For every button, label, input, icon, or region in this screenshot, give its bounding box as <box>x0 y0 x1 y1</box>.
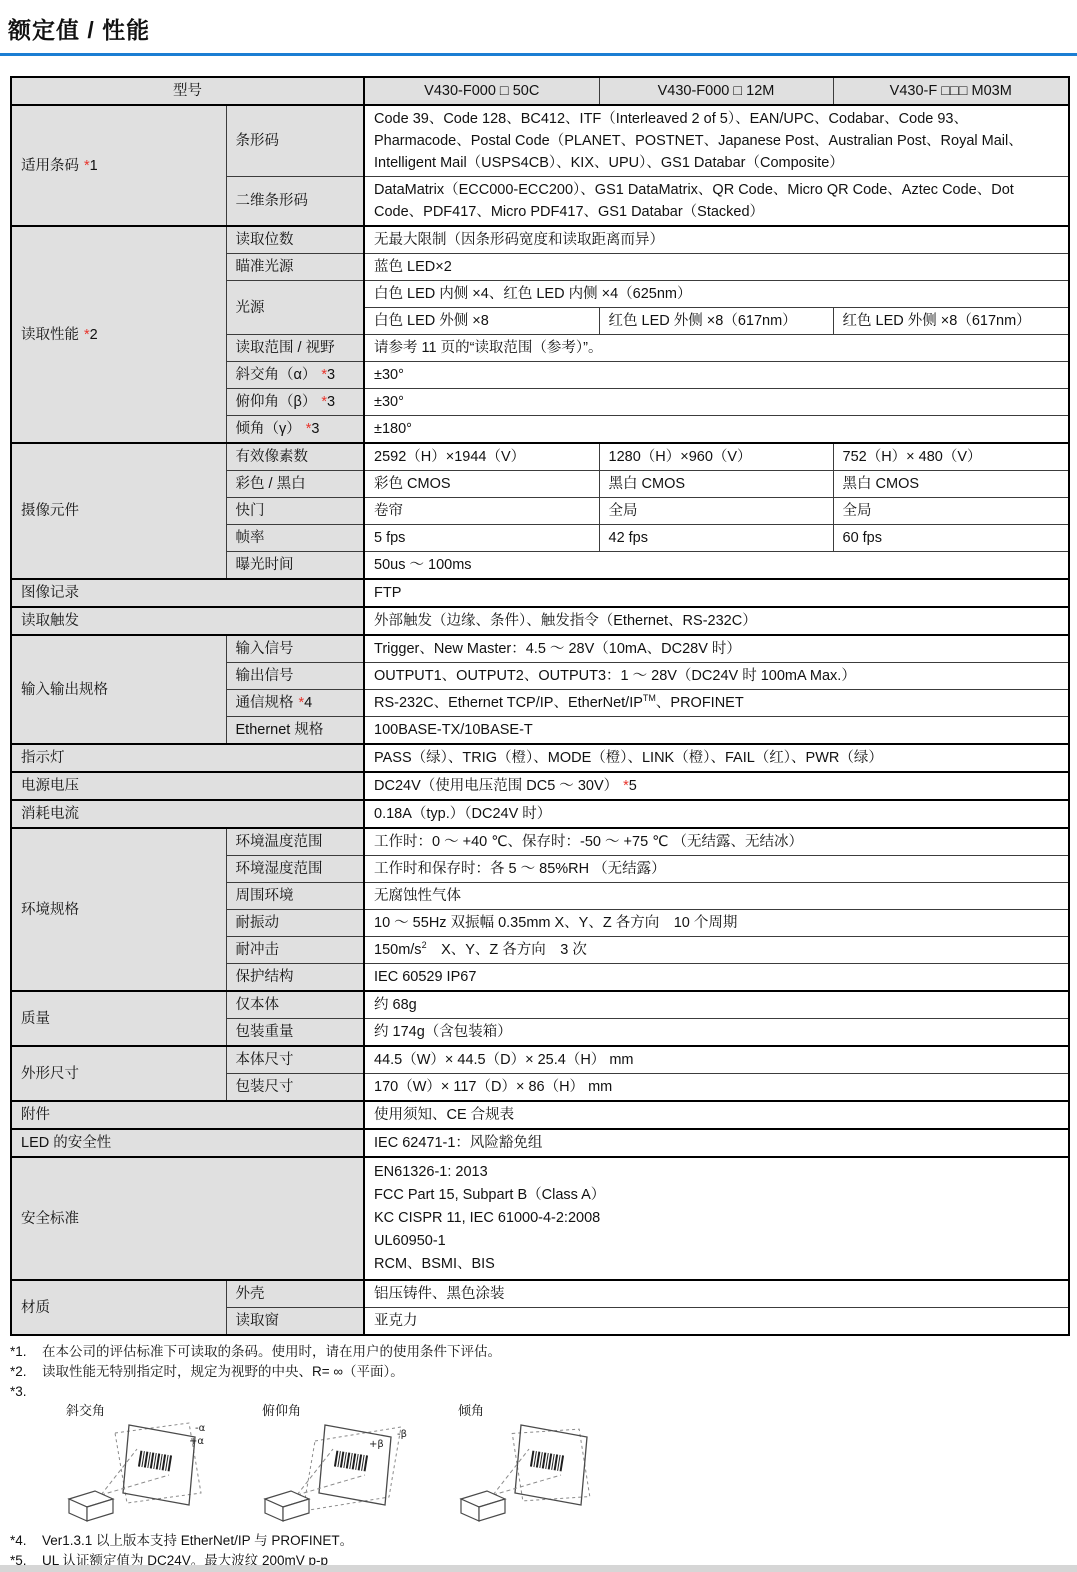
sight-line <box>101 1475 169 1495</box>
environment-group-row-1: 环境规格 环境温度范围 工作时：0 ～ +40 ℃、保存时：-50 ～ +75 … <box>11 828 1069 856</box>
exposure-label: 曝光时间 <box>226 552 364 580</box>
framerate-label: 帧率 <box>226 525 364 552</box>
barcode-graphic <box>335 1451 367 1471</box>
footnote-4-text: Ver1.3.1 以上版本支持 EtherNet/IP 与 PROFINET。 <box>42 1532 1077 1550</box>
sight-line <box>101 1449 137 1495</box>
current-label: 消耗电流 <box>11 800 364 828</box>
material-group-label: 材质 <box>11 1280 226 1335</box>
datasheet-page: 额定值 / 性能 型号 V430-F000 □ 50C V430-F000 □ … <box>0 12 1077 1570</box>
package-size-value: 170（W）× 117（D）× 86（H） mm <box>364 1074 1069 1102</box>
footnote-ref-number: 2 <box>90 327 98 343</box>
shutter-value-1: 卷帘 <box>364 498 599 525</box>
skew-diagram-title: 斜交角 <box>66 1403 234 1419</box>
framerate-value-2: 42 fps <box>599 525 833 552</box>
barcode-group-label: 适用条码*1 <box>11 105 226 226</box>
color-mono-value-2: 黑白 CMOS <box>599 471 833 498</box>
vibration-label: 耐振动 <box>226 910 364 937</box>
target-plane <box>515 1425 587 1505</box>
indicator-value: PASS（绿）、TRIG（橙）、MODE（橙）、LINK（橙）、FAIL（红）、… <box>364 744 1069 772</box>
tilt-angle-value: ±180° <box>364 416 1069 444</box>
footnote-ref-number: 3 <box>327 394 335 410</box>
barcode-1d-label: 条形码 <box>226 105 364 177</box>
tilt-angle-label: 倾角（γ）*3 <box>226 416 364 444</box>
dimensions-group-label: 外形尺寸 <box>11 1046 226 1101</box>
footnote-2-marker: *2. <box>10 1363 42 1381</box>
input-signal-label: 输入信号 <box>226 635 364 663</box>
read-range-label: 读取范围 / 视野 <box>226 335 364 362</box>
protection-label: 保护结构 <box>226 964 364 992</box>
tilt-diagram-title: 倾角 <box>458 1403 626 1419</box>
image-record-label: 图像记录 <box>11 579 364 607</box>
indicator-label: 指示灯 <box>11 744 364 772</box>
angle-diagrams: 斜交角 -α +α <box>52 1403 1077 1530</box>
accessories-value: 使用须知、CE 合规表 <box>364 1101 1069 1129</box>
current-value: 0.18A（typ.）（DC24V 时） <box>364 800 1069 828</box>
pitch-angle-neg-label: -β <box>397 1429 407 1440</box>
spec-table: 型号 V430-F000 □ 50C V430-F000 □ 12M V430-… <box>10 76 1070 1336</box>
pitch-angle-label-text: 俯仰角（β） <box>236 394 317 410</box>
package-size-label: 包装尺寸 <box>226 1074 364 1102</box>
imager-group-row-1: 摄像元件 有效像素数 2592（H）×1944（V） 1280（H）×960（V… <box>11 443 1069 471</box>
weight-group-row-1: 质量 仅本体 约 68g <box>11 991 1069 1019</box>
skew-angle-diagram-block: 斜交角 -α +α <box>52 1403 234 1530</box>
output-signal-value: OUTPUT1、OUTPUT2、OUTPUT3：1 ～ 28V（DC24V 时 … <box>364 663 1069 690</box>
io-group-label: 输入输出规格 <box>11 635 226 744</box>
pitch-angle-pos-label: +β <box>369 1439 384 1450</box>
comm-spec-value-post: 、PROFINET <box>656 695 744 711</box>
color-mono-value-1: 彩色 CMOS <box>364 471 599 498</box>
light-source-outer-value-3: 红色 LED 外侧 ×8（617nm） <box>833 308 1069 335</box>
ambience-label: 周围环境 <box>226 883 364 910</box>
barcode-group-row-1: 适用条码*1 条形码 Code 39、Code 128、BC412、ITF（In… <box>11 105 1069 177</box>
footnote-3-marker: *3. <box>10 1383 42 1401</box>
table-header-row: 型号 V430-F000 □ 50C V430-F000 □ 12M V430-… <box>11 77 1069 105</box>
ambience-value: 无腐蚀性气体 <box>364 883 1069 910</box>
accent-divider <box>0 53 1077 56</box>
reader-box <box>461 1491 505 1521</box>
skew-angle-diagram: -α +α <box>52 1419 228 1527</box>
light-source-inner-value: 白色 LED 内侧 ×4、红色 LED 内侧 ×4（625nm） <box>364 281 1069 308</box>
skew-angle-label: 斜交角（α）*3 <box>226 362 364 389</box>
read-digits-label: 读取位数 <box>226 226 364 254</box>
image-record-row: 图像记录 FTP <box>11 579 1069 607</box>
color-mono-label: 彩色 / 黑白 <box>226 471 364 498</box>
safety-standards-row: 安全标准 EN61326-1: 2013 FCC Part 15, Subpar… <box>11 1157 1069 1280</box>
comm-spec-value: RS-232C、Ethernet TCP/IP、EtherNet/IPTM、PR… <box>364 690 1069 717</box>
pixels-label: 有效像素数 <box>226 443 364 471</box>
body-size-value: 44.5（W）× 44.5（D）× 25.4（H） mm <box>364 1046 1069 1074</box>
comm-spec-label-text: 通信规格 <box>236 695 294 711</box>
read-range-value: 请参考 11 页的“读取范围（参考）”。 <box>364 335 1069 362</box>
tilt-angle-diagram <box>444 1419 620 1527</box>
material-case-value: 铝压铸件、黑色涂装 <box>364 1280 1069 1308</box>
reader-box <box>265 1491 309 1521</box>
trigger-value: 外部触发（边缘、条件）、触发指令（Ethernet、RS-232C） <box>364 607 1069 635</box>
footnote-4-marker: *4. <box>10 1532 42 1550</box>
safety-standard-line: RCM、BSMI、BIS <box>374 1254 1059 1275</box>
barcode-1d-value: Code 39、Code 128、BC412、ITF（Interleaved 2… <box>364 105 1069 177</box>
pitch-angle-value: ±30° <box>364 389 1069 416</box>
shock-value-post: X、Y、Z 各方向 3 次 <box>427 942 587 958</box>
ethernet-spec-label: Ethernet 规格 <box>226 717 364 745</box>
power-label: 电源电压 <box>11 772 364 800</box>
shock-label: 耐冲击 <box>226 937 364 964</box>
temp-range-label: 环境温度范围 <box>226 828 364 856</box>
light-source-outer-value-1: 白色 LED 外侧 ×8 <box>364 308 599 335</box>
pixels-value-2: 1280（H）×960（V） <box>599 443 833 471</box>
weight-group-label: 质量 <box>11 991 226 1046</box>
environment-group-label: 环境规格 <box>11 828 226 991</box>
reader-box <box>69 1491 113 1521</box>
shutter-label: 快门 <box>226 498 364 525</box>
io-group-row-1: 输入输出规格 输入信号 Trigger、New Master：4.5 ～ 28V… <box>11 635 1069 663</box>
reading-group-label-text: 读取性能 <box>21 327 79 343</box>
footnote-ref-number: 1 <box>90 158 98 174</box>
safety-standards-value: EN61326-1: 2013 FCC Part 15, Subpart B（C… <box>364 1157 1069 1280</box>
model-name-2: V430-F000 □ 12M <box>599 77 833 105</box>
shutter-value-3: 全局 <box>833 498 1069 525</box>
footnote-1-text: 在本公司的评估标准下可读取的条码。使用时，请在用户的使用条件下评估。 <box>42 1343 1077 1361</box>
imager-group-label: 摄像元件 <box>11 443 226 579</box>
comm-spec-label: 通信规格*4 <box>226 690 364 717</box>
aiming-light-label: 瞄准光源 <box>226 254 364 281</box>
barcode-graphic <box>139 1451 171 1471</box>
footnote-3: *3. <box>10 1383 1077 1401</box>
pitch-angle-diagram: -β +β <box>248 1419 424 1527</box>
material-group-row-1: 材质 外壳 铝压铸件、黑色涂装 <box>11 1280 1069 1308</box>
aiming-light-value: 蓝色 LED×2 <box>364 254 1069 281</box>
pixels-value-3: 752（H）× 480（V） <box>833 443 1069 471</box>
body-size-label: 本体尺寸 <box>226 1046 364 1074</box>
skew-angle-value: ±30° <box>364 362 1069 389</box>
shock-value-pre: 150m/s <box>374 942 422 958</box>
model-name-1: V430-F000 □ 50C <box>364 77 599 105</box>
pitch-angle-label: 俯仰角（β）*3 <box>226 389 364 416</box>
weight-body-value: 约 68g <box>364 991 1069 1019</box>
footnote-ref-number: 5 <box>629 778 637 794</box>
image-record-value: FTP <box>364 579 1069 607</box>
tilt-angle-label-text: 倾角（γ） <box>236 421 301 437</box>
barcode-2d-label: 二维条形码 <box>226 177 364 227</box>
led-safety-row: LED 的安全性 IEC 62471-1：风险豁免组 <box>11 1129 1069 1157</box>
material-window-value: 亚克力 <box>364 1308 1069 1336</box>
dimensions-group-row-1: 外形尺寸 本体尺寸 44.5（W）× 44.5（D）× 25.4（H） mm <box>11 1046 1069 1074</box>
humidity-range-value: 工作时和保存时：各 5 ～ 85%RH （无结露） <box>364 856 1069 883</box>
power-value: DC24V（使用电压范围 DC5 ～ 30V）*5 <box>364 772 1069 800</box>
framerate-value-3: 60 fps <box>833 525 1069 552</box>
current-row: 消耗电流 0.18A（typ.）（DC24V 时） <box>11 800 1069 828</box>
page-title: 额定值 / 性能 <box>8 12 1077 45</box>
accessories-label: 附件 <box>11 1101 364 1129</box>
weight-body-label: 仅本体 <box>226 991 364 1019</box>
footnote-ref-number: 3 <box>311 421 319 437</box>
barcode-graphic <box>531 1451 563 1471</box>
shutter-value-2: 全局 <box>599 498 833 525</box>
footnote-ref-number: 3 <box>327 367 335 383</box>
exposure-value: 50us ～ 100ms <box>364 552 1069 580</box>
light-source-label: 光源 <box>226 281 364 335</box>
read-digits-value: 无最大限制（因条形码宽度和读取距离而异） <box>364 226 1069 254</box>
page-bottom-strip <box>0 1565 1077 1572</box>
footnote-1: *1. 在本公司的评估标准下可读取的条码。使用时，请在用户的使用条件下评估。 <box>10 1343 1077 1361</box>
weight-packed-label: 包装重量 <box>226 1019 364 1047</box>
target-plane <box>319 1425 391 1505</box>
model-name-3: V430-F □□□ M03M <box>833 77 1069 105</box>
material-window-label: 读取窗 <box>226 1308 364 1336</box>
power-value-text: DC24V（使用电压范围 DC5 ～ 30V） <box>374 778 618 794</box>
footnote-2-text: 读取性能无特别指定时，规定为视野的中央、R= ∞（平面）。 <box>42 1363 1077 1381</box>
footnotes-section: *1. 在本公司的评估标准下可读取的条码。使用时，请在用户的使用条件下评估。 *… <box>10 1343 1077 1570</box>
safety-standard-line: KC CISPR 11, IEC 61000-4-2:2008 <box>374 1208 1059 1229</box>
tilt-angle-diagram-block: 倾角 <box>444 1403 626 1530</box>
safety-standards-label: 安全标准 <box>11 1157 364 1280</box>
footnote-4: *4. Ver1.3.1 以上版本支持 EtherNet/IP 与 PROFIN… <box>10 1532 1077 1550</box>
humidity-range-label: 环境湿度范围 <box>226 856 364 883</box>
skew-angle-label-text: 斜交角（α） <box>236 367 317 383</box>
pitch-angle-diagram-block: 俯仰角 -β +β <box>248 1403 430 1530</box>
output-signal-label: 输出信号 <box>226 663 364 690</box>
framerate-value-1: 5 fps <box>364 525 599 552</box>
reading-group-label: 读取性能*2 <box>11 226 226 443</box>
input-signal-value: Trigger、New Master：4.5 ～ 28V（10mA、DC28V … <box>364 635 1069 663</box>
led-safety-label: LED 的安全性 <box>11 1129 364 1157</box>
trigger-row: 读取触发 外部触发（边缘、条件）、触发指令（Ethernet、RS-232C） <box>11 607 1069 635</box>
pitch-diagram-title: 俯仰角 <box>262 1403 430 1419</box>
led-safety-value: IEC 62471-1：风险豁免组 <box>364 1129 1069 1157</box>
skew-angle-neg-label: -α <box>195 1423 206 1434</box>
protection-value: IEC 60529 IP67 <box>364 964 1069 992</box>
accessories-row: 附件 使用须知、CE 合规表 <box>11 1101 1069 1129</box>
skew-angle-pos-label: +α <box>189 1436 204 1447</box>
model-header-cell: 型号 <box>11 77 364 105</box>
indicator-row: 指示灯 PASS（绿）、TRIG（橙）、MODE（橙）、LINK（橙）、FAIL… <box>11 744 1069 772</box>
safety-standard-line: UL60950-1 <box>374 1231 1059 1252</box>
footnote-ref-number: 4 <box>304 695 312 711</box>
sight-line <box>493 1449 529 1495</box>
ethernet-spec-value: 100BASE-TX/10BASE-T <box>364 717 1069 745</box>
barcode-2d-value: DataMatrix（ECC000-ECC200）、GS1 DataMatrix… <box>364 177 1069 227</box>
barcode-group-label-text: 适用条码 <box>21 158 79 174</box>
material-case-label: 外壳 <box>226 1280 364 1308</box>
safety-standard-line: FCC Part 15, Subpart B（Class A） <box>374 1185 1059 1206</box>
color-mono-value-3: 黑白 CMOS <box>833 471 1069 498</box>
pixels-value-1: 2592（H）×1944（V） <box>364 443 599 471</box>
trigger-label: 读取触发 <box>11 607 364 635</box>
safety-standard-line: EN61326-1: 2013 <box>374 1162 1059 1183</box>
target-plane <box>123 1425 195 1505</box>
sight-line <box>493 1475 561 1495</box>
trademark-superscript: TM <box>643 693 656 703</box>
reading-group-row-1: 读取性能*2 读取位数 无最大限制（因条形码宽度和读取距离而异） <box>11 226 1069 254</box>
power-row: 电源电压 DC24V（使用电压范围 DC5 ～ 30V）*5 <box>11 772 1069 800</box>
footnote-2: *2. 读取性能无特别指定时，规定为视野的中央、R= ∞（平面）。 <box>10 1363 1077 1381</box>
footnote-1-marker: *1. <box>10 1343 42 1361</box>
temp-range-value: 工作时：0 ～ +40 ℃、保存时：-50 ～ +75 ℃ （无结露、无结冰） <box>364 828 1069 856</box>
vibration-value: 10 ～ 55Hz 双振幅 0.35mm X、Y、Z 各方向 10 个周期 <box>364 910 1069 937</box>
weight-packed-value: 约 174g（含包装箱） <box>364 1019 1069 1047</box>
light-source-outer-value-2: 红色 LED 外侧 ×8（617nm） <box>599 308 833 335</box>
shock-value: 150m/s2 X、Y、Z 各方向 3 次 <box>364 937 1069 964</box>
sight-line <box>297 1449 333 1495</box>
comm-spec-value-pre: RS-232C、Ethernet TCP/IP、EtherNet/IP <box>374 695 643 711</box>
